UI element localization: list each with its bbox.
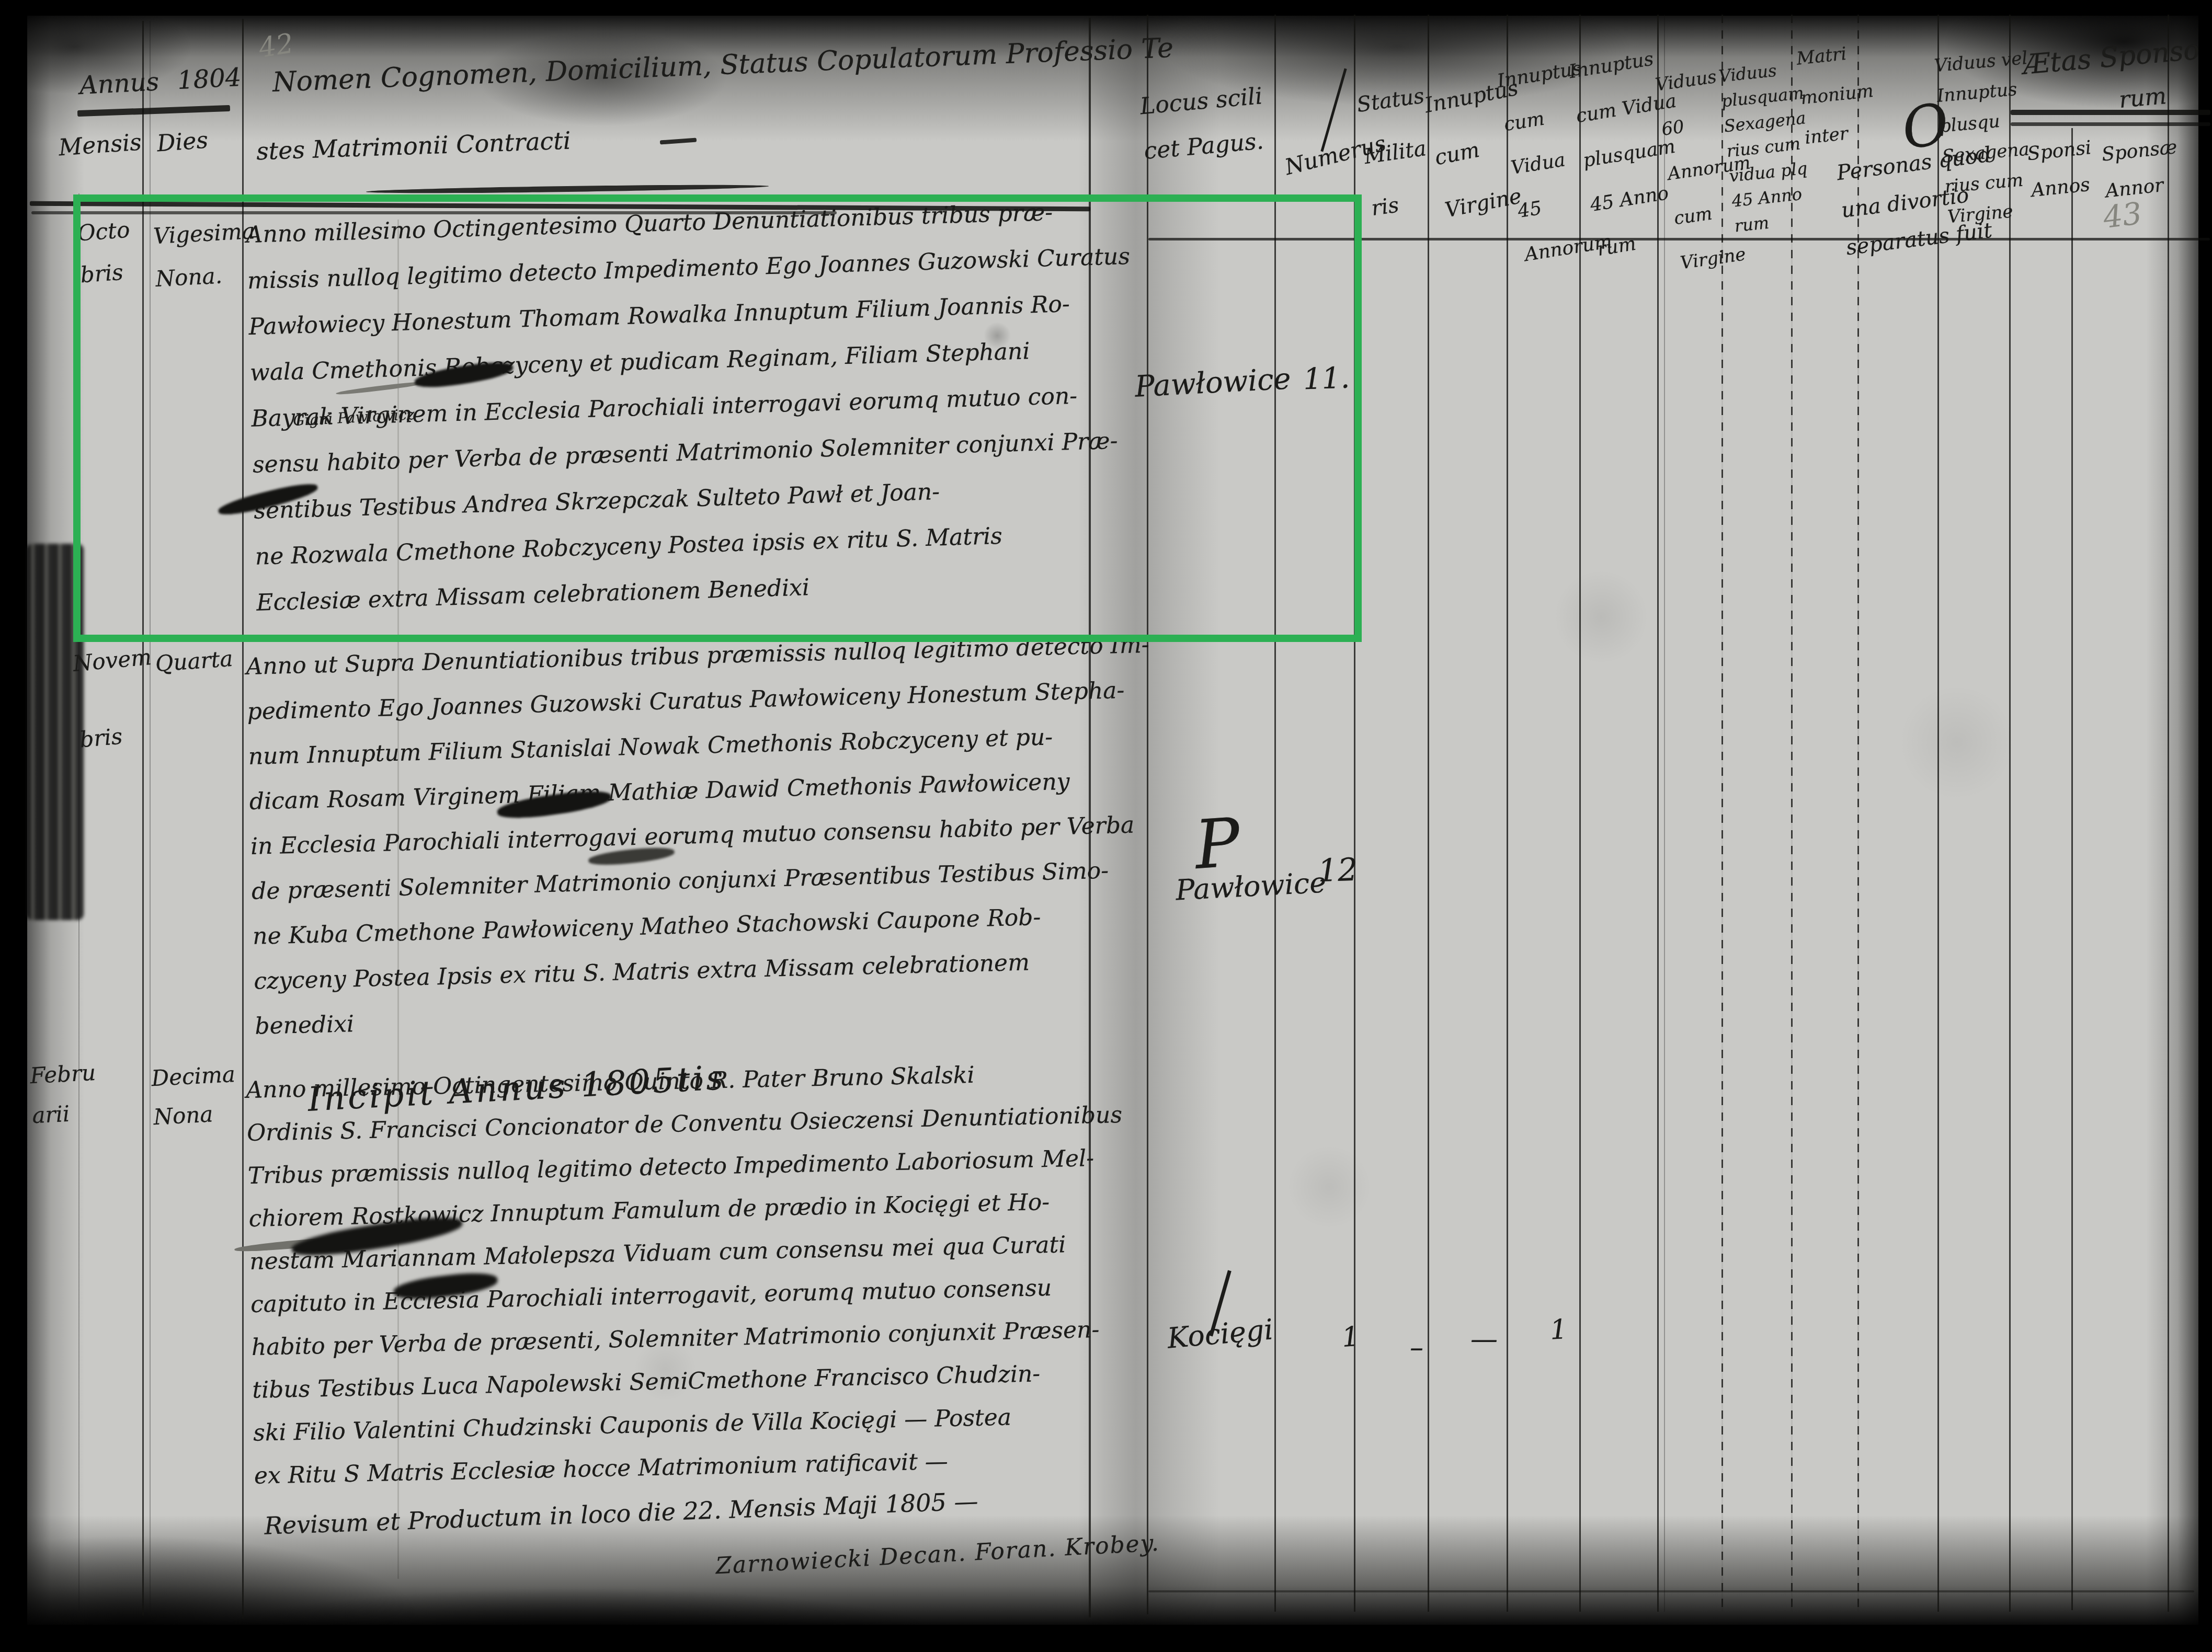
page-number-right: 43 bbox=[2101, 196, 2144, 235]
record2-month: Novembris bbox=[72, 644, 164, 803]
text-line: Novem bbox=[72, 644, 157, 727]
page-number-left: 42 bbox=[257, 28, 296, 64]
text-line: ris bbox=[1370, 187, 1444, 248]
text-line: bris bbox=[78, 720, 164, 803]
aetas-underline-2 bbox=[2011, 122, 2210, 126]
text-line: Decima bbox=[151, 1061, 236, 1104]
text-line: monium bbox=[1799, 81, 1876, 128]
record2-numerus: 12 bbox=[1317, 852, 1359, 890]
col-matrimonium-header: Matrimoniuminter bbox=[1795, 41, 1880, 167]
record-highlight-box[interactable] bbox=[73, 194, 1362, 642]
record3-status-militaris-value: – bbox=[1410, 1332, 1423, 1363]
text-line: Nona bbox=[153, 1100, 238, 1143]
text-line: Sponsi bbox=[2026, 137, 2094, 180]
rule-status-virgine bbox=[1428, 15, 1429, 1612]
sponsi-header: SponsiAnnos bbox=[2026, 137, 2098, 216]
record3-numerus: 1 bbox=[1341, 1321, 1360, 1353]
rule-grid-right bbox=[2168, 15, 2169, 1612]
scanned-register-page: Annus 1804 42 Nomen Cognomen, Domicilium… bbox=[0, 0, 2212, 1652]
aetas-underline-1 bbox=[2011, 110, 2210, 115]
record3-body: Anno millesimo Octingentesimo Quinto R. … bbox=[246, 1059, 1130, 1506]
right-bottom-rule bbox=[1148, 1590, 2194, 1592]
record3-day: DecimaNona bbox=[151, 1061, 238, 1143]
text-line: Milita bbox=[1363, 135, 1437, 197]
rule-virgine-vidua bbox=[1507, 15, 1508, 1612]
rule-viduusvel-aetas bbox=[2009, 15, 2011, 1612]
text-line: Annos bbox=[2030, 174, 2097, 216]
col-locus-header: Locus scilicet Pagus. bbox=[1139, 83, 1269, 183]
record2-body: Anno ut Supra Denuntiationibus tribus pr… bbox=[246, 632, 1159, 1058]
text-line: Matri bbox=[1795, 41, 1872, 88]
record3-innuptus-virgine-value: — bbox=[1470, 1324, 1498, 1355]
record2-day: Quarta bbox=[154, 646, 235, 693]
header-dies: Dies bbox=[156, 127, 209, 157]
rule-sexagenarius-matrimonium bbox=[1791, 15, 1793, 1612]
record3-month: Februarii bbox=[29, 1060, 99, 1142]
aetas-header-rum: rum bbox=[2118, 83, 2168, 113]
text-line: Quarta bbox=[154, 646, 235, 693]
text-line: arii bbox=[31, 1099, 99, 1142]
rule-sponsi-sponsae bbox=[2071, 128, 2073, 1610]
text-line: Febru bbox=[29, 1060, 97, 1103]
text-line: Status bbox=[1355, 84, 1430, 145]
record3-innuptus-vidua-value: 1 bbox=[1549, 1314, 1568, 1346]
